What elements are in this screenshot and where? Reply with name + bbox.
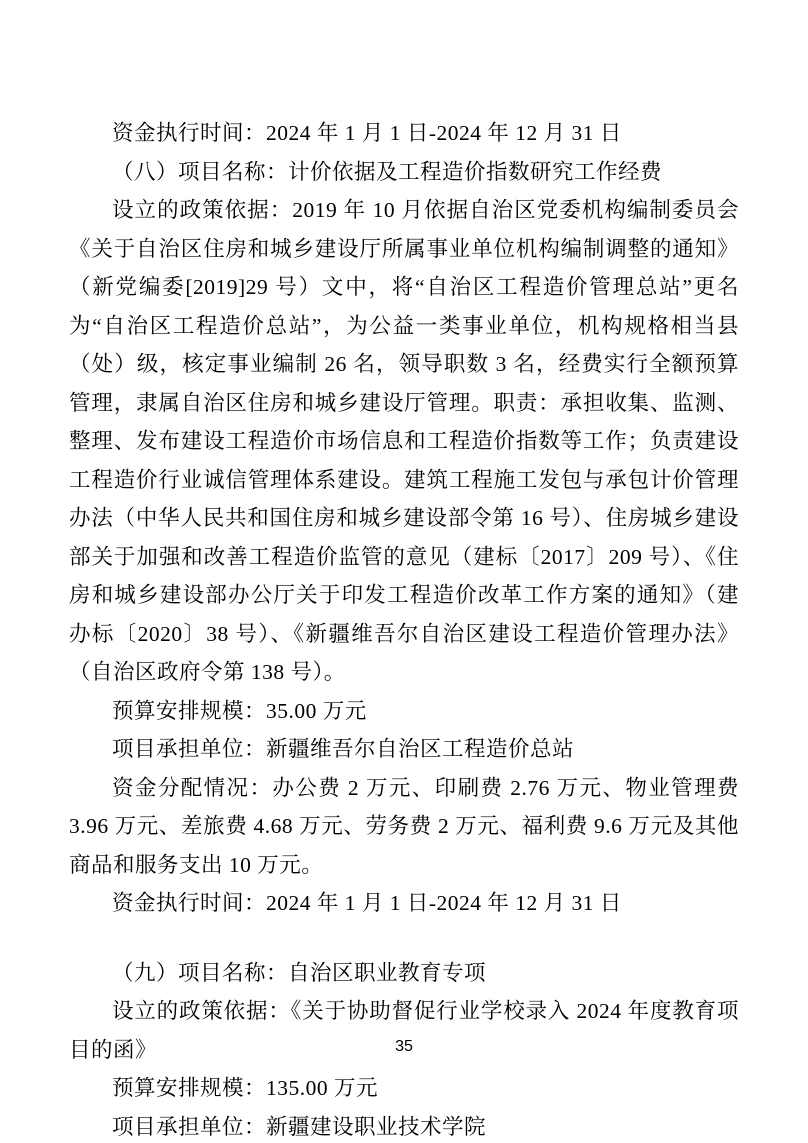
para-execution-time-top: 资金执行时间：2024 年 1 月 1 日-2024 年 12 月 31 日 bbox=[69, 114, 739, 153]
para-item8-fund-allocation: 资金分配情况：办公费 2 万元、印刷费 2.76 万元、物业管理费 3.96 万… bbox=[69, 769, 739, 885]
para-item9-undertaker: 项目承担单位：新疆建设职业技术学院 bbox=[69, 1108, 739, 1143]
document-page: 资金执行时间：2024 年 1 月 1 日-2024 年 12 月 31 日 （… bbox=[0, 0, 808, 1143]
para-item8-title: （八）项目名称：计价依据及工程造价指数研究工作经费 bbox=[69, 153, 739, 192]
para-item9-budget-scale: 预算安排规模：135.00 万元 bbox=[69, 1069, 739, 1108]
para-item8-policy-basis: 设立的政策依据：2019 年 10 月依据自治区党委机构编制委员会《关于自治区住… bbox=[69, 191, 739, 692]
para-item8-execution-time: 资金执行时间：2024 年 1 月 1 日-2024 年 12 月 31 日 bbox=[69, 884, 739, 923]
para-item8-budget-scale: 预算安排规模：35.00 万元 bbox=[69, 692, 739, 731]
para-item9-policy-basis: 设立的政策依据：《关于协助督促行业学校录入 2024 年度教育项目的函》 bbox=[69, 992, 739, 1069]
para-item9-title: （九）项目名称：自治区职业教育专项 bbox=[69, 954, 739, 993]
para-item8-undertaker: 项目承担单位：新疆维吾尔自治区工程造价总站 bbox=[69, 730, 739, 769]
page-number: 35 bbox=[0, 1038, 808, 1056]
document-body: 资金执行时间：2024 年 1 月 1 日-2024 年 12 月 31 日 （… bbox=[69, 114, 739, 1143]
